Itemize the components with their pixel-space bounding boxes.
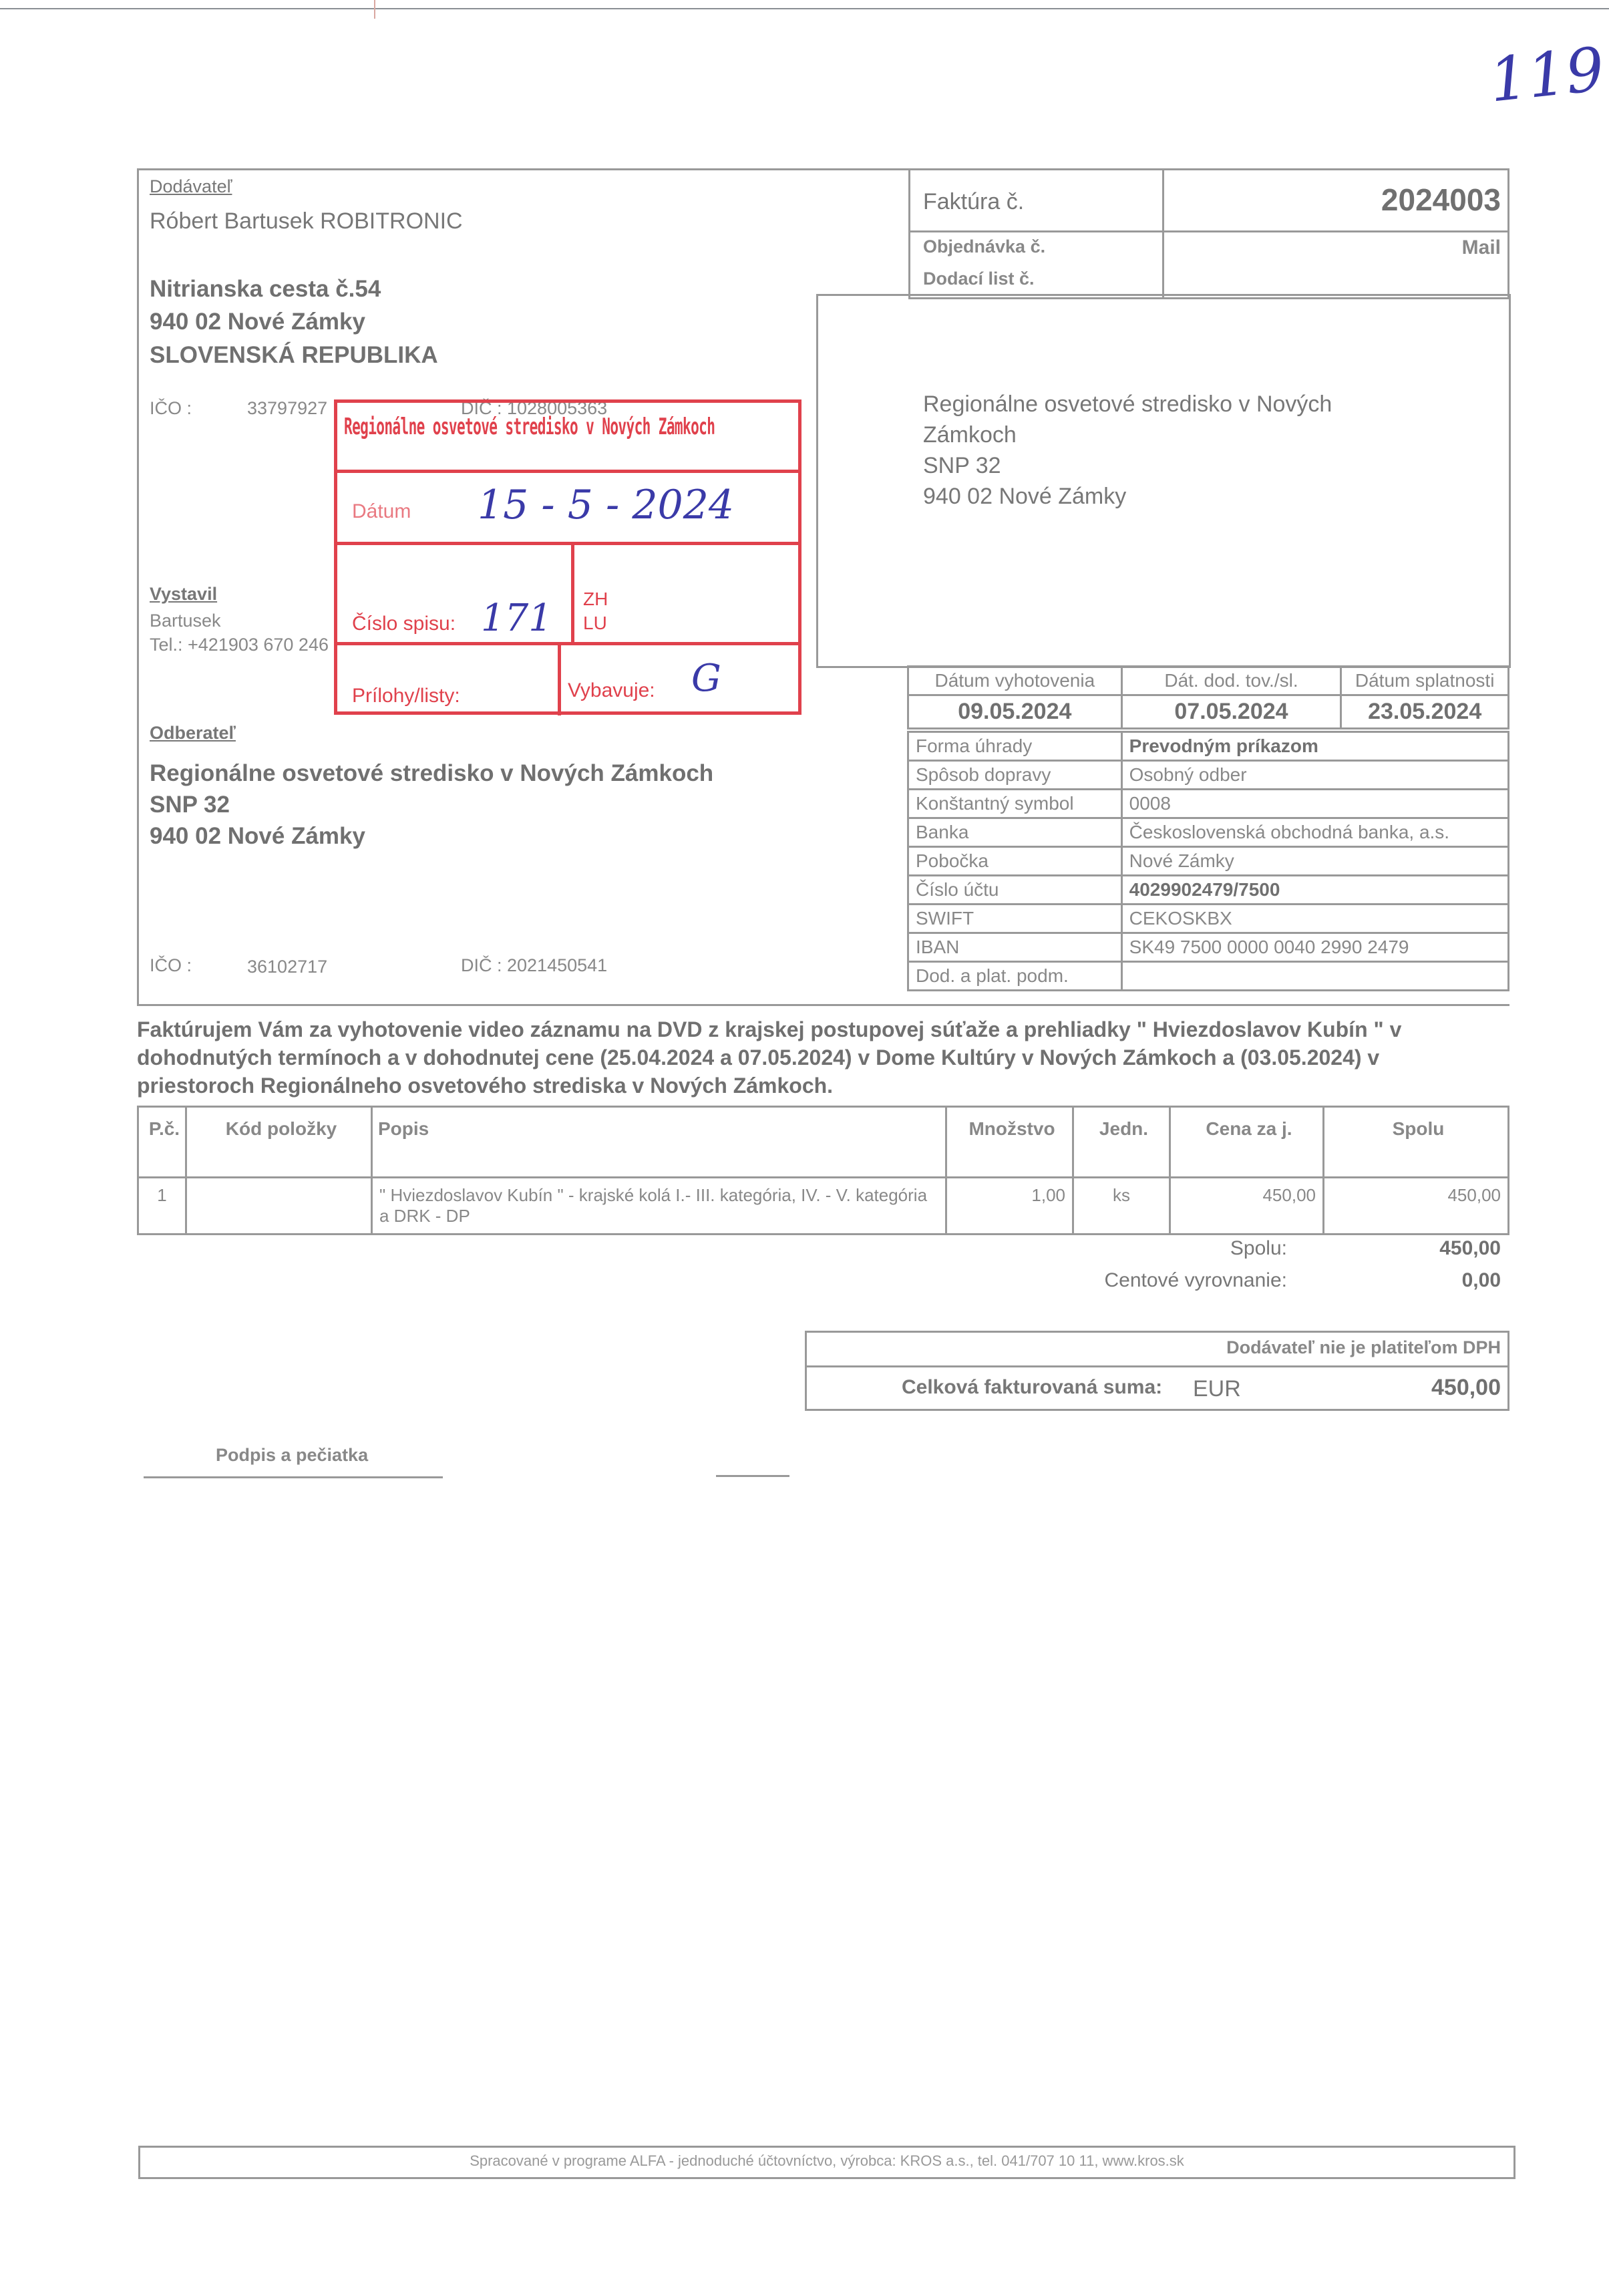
supplier-city: 940 02 Nové Zámky (150, 309, 365, 335)
payment-row: Konštantný symbol0008 (908, 790, 1509, 818)
issued-by-name: Bartusek (150, 611, 221, 631)
stamp-file-label: Číslo spisu: (352, 613, 456, 635)
payment-value: CEKOSKBX (1121, 905, 1508, 933)
items-cell: 1 (138, 1178, 186, 1235)
invoice-title-label: Faktúra č. (923, 189, 1024, 215)
supplier-street: Nitrianska cesta č.54 (150, 276, 381, 303)
signature-line (144, 1476, 443, 1478)
rounding-value: 0,00 (1462, 1269, 1501, 1292)
items-header-cell: Kód položky (186, 1107, 372, 1178)
supplier-name: Róbert Bartusek ROBITRONIC (150, 208, 463, 234)
supplier-ico: 33797927 (247, 398, 327, 419)
items-header-cell: Cena za j. (1170, 1107, 1324, 1178)
payment-label: Číslo účtu (908, 876, 1122, 905)
payment-value: Prevodným príkazom (1121, 732, 1508, 761)
payment-value: Osobný odber (1121, 761, 1508, 790)
date-delivery-value: 07.05.2024 (1121, 695, 1341, 729)
recipient-line-1: Regionálne osvetové stredisko v Nových (923, 391, 1332, 418)
invoice-row-divider (908, 230, 1509, 232)
customer-ico-label: IČO : (150, 955, 192, 976)
recipient-line-4: 940 02 Nové Zámky (923, 484, 1126, 510)
payment-value: SK49 7500 0000 0040 2990 2479 (1121, 933, 1508, 962)
subtotal-value: 450,00 (1439, 1237, 1501, 1260)
payment-row: BankaČeskoslovenská obchodná banka, a.s. (908, 818, 1509, 847)
date-due-value: 23.05.2024 (1341, 695, 1509, 729)
stamp-file-value: 171 (481, 597, 552, 640)
date-issue-header: Dátum vyhotovenia (908, 667, 1122, 695)
signature-label: Podpis a pečiatka (216, 1445, 368, 1466)
stamp-handled-value: G (691, 657, 721, 700)
order-label: Objednávka č. (923, 236, 1045, 257)
payment-value: 0008 (1121, 790, 1508, 818)
payment-value: Nové Zámky (1121, 847, 1508, 876)
stamp-code-2: LU (583, 613, 607, 634)
customer-name: Regionálne osvetové stredisko v Nových Z… (150, 760, 713, 787)
items-cell: 1,00 (946, 1178, 1073, 1235)
scan-edge-line (0, 8, 1609, 9)
payment-value: Československá obchodná banka, a.s. (1121, 818, 1508, 847)
stamp-org: Regionálne osvetové stredisko v Nových Z… (344, 414, 715, 440)
customer-label: Odberateľ (150, 723, 236, 744)
payment-value (1121, 962, 1508, 991)
handwritten-page-number: 119 (1486, 34, 1608, 116)
payment-row: Dod. a plat. podm. (908, 962, 1509, 991)
signature-line-2 (716, 1475, 789, 1477)
items-cell (186, 1178, 372, 1235)
stamp-handled-label: Vybavuje: (568, 679, 655, 702)
payment-row: IBANSK49 7500 0000 0040 2990 2479 (908, 933, 1509, 962)
items-header-cell: Spolu (1324, 1107, 1509, 1178)
invoice-description: Faktúrujem Vám za vyhotovenie video zázn… (137, 1015, 1406, 1100)
scan-mark (374, 0, 375, 19)
stamp-attachments-label: Prílohy/listy: (352, 685, 460, 707)
payment-label: SWIFT (908, 905, 1122, 933)
items-header-cell: Množstvo (946, 1107, 1073, 1178)
footer-text: Spracované v programe ALFA - jednoduché … (138, 2152, 1515, 2170)
items-header-cell: Jedn. (1073, 1107, 1170, 1178)
customer-city: 940 02 Nové Zámky (150, 823, 365, 850)
grand-total-label: Celková fakturovaná suma: (902, 1376, 1162, 1399)
items-cell: 450,00 (1170, 1178, 1324, 1235)
grand-total-value: 450,00 (1431, 1375, 1501, 1401)
recipient-line-2: Zámkoch (923, 422, 1017, 448)
items-cell: 450,00 (1324, 1178, 1509, 1235)
stamp-date-label: Dátum (352, 500, 411, 523)
payment-label: Konštantný symbol (908, 790, 1122, 818)
customer-ico: 36102717 (247, 957, 327, 977)
payment-label: Dod. a plat. podm. (908, 962, 1122, 991)
items-row: 1" Hviezdoslavov Kubín " - krajské kolá … (138, 1178, 1509, 1235)
supplier-country: SLOVENSKÁ REPUBLIKA (150, 342, 438, 369)
items-cell: ks (1073, 1178, 1170, 1235)
issued-by-phone: Tel.: +421903 670 246 (150, 635, 329, 655)
delivery-note-label: Dodací list č. (923, 269, 1035, 289)
dates-table: Dátum vyhotovenia Dát. dod. tov./sl. Dát… (907, 665, 1509, 729)
items-table: P.č.Kód položkyPopisMnožstvoJedn.Cena za… (137, 1106, 1509, 1235)
payment-row: SWIFTCEKOSKBX (908, 905, 1509, 933)
payment-row: Spôsob dopravyOsobný odber (908, 761, 1509, 790)
payment-label: Forma úhrady (908, 732, 1122, 761)
items-cell: " Hviezdoslavov Kubín " - krajské kolá I… (372, 1178, 946, 1235)
registry-stamp: Regionálne osvetové stredisko v Nových Z… (334, 399, 801, 715)
date-due-header: Dátum splatnosti (1341, 667, 1509, 695)
supplier-label: Dodávateľ (150, 176, 232, 197)
date-issue-value: 09.05.2024 (908, 695, 1122, 729)
rounding-label: Centové vyrovnanie: (1105, 1269, 1288, 1292)
recipient-address-window (816, 294, 1511, 668)
items-header-cell: Popis (372, 1107, 946, 1178)
payment-label: Spôsob dopravy (908, 761, 1122, 790)
customer-dic: DIČ : 2021450541 (461, 955, 607, 976)
stamp-code-1: ZH (583, 589, 608, 610)
payment-label: IBAN (908, 933, 1122, 962)
order-value: Mail (1462, 236, 1501, 259)
subtotal-label: Spolu: (1230, 1237, 1287, 1260)
grand-total-currency: EUR (1193, 1376, 1241, 1402)
invoice-number-divider (1162, 168, 1164, 299)
payment-label: Banka (908, 818, 1122, 847)
customer-street: SNP 32 (150, 792, 230, 818)
payment-table: Forma úhradyPrevodným príkazomSpôsob dop… (907, 731, 1509, 991)
payment-row: Forma úhradyPrevodným príkazom (908, 732, 1509, 761)
items-header-cell: P.č. (138, 1107, 186, 1178)
vat-note: Dodávateľ nie je platiteľom DPH (1226, 1337, 1501, 1358)
recipient-line-3: SNP 32 (923, 453, 1001, 479)
issued-by-label: Vystavil (150, 584, 217, 605)
payment-label: Pobočka (908, 847, 1122, 876)
stamp-date-value: 15 - 5 - 2024 (478, 482, 734, 528)
supplier-ico-label: IČO : (150, 398, 192, 419)
payment-value: 4029902479/7500 (1121, 876, 1508, 905)
payment-row: Číslo účtu4029902479/7500 (908, 876, 1509, 905)
date-delivery-header: Dát. dod. tov./sl. (1121, 667, 1341, 695)
invoice-number: 2024003 (1381, 182, 1501, 218)
payment-row: PobočkaNové Zámky (908, 847, 1509, 876)
